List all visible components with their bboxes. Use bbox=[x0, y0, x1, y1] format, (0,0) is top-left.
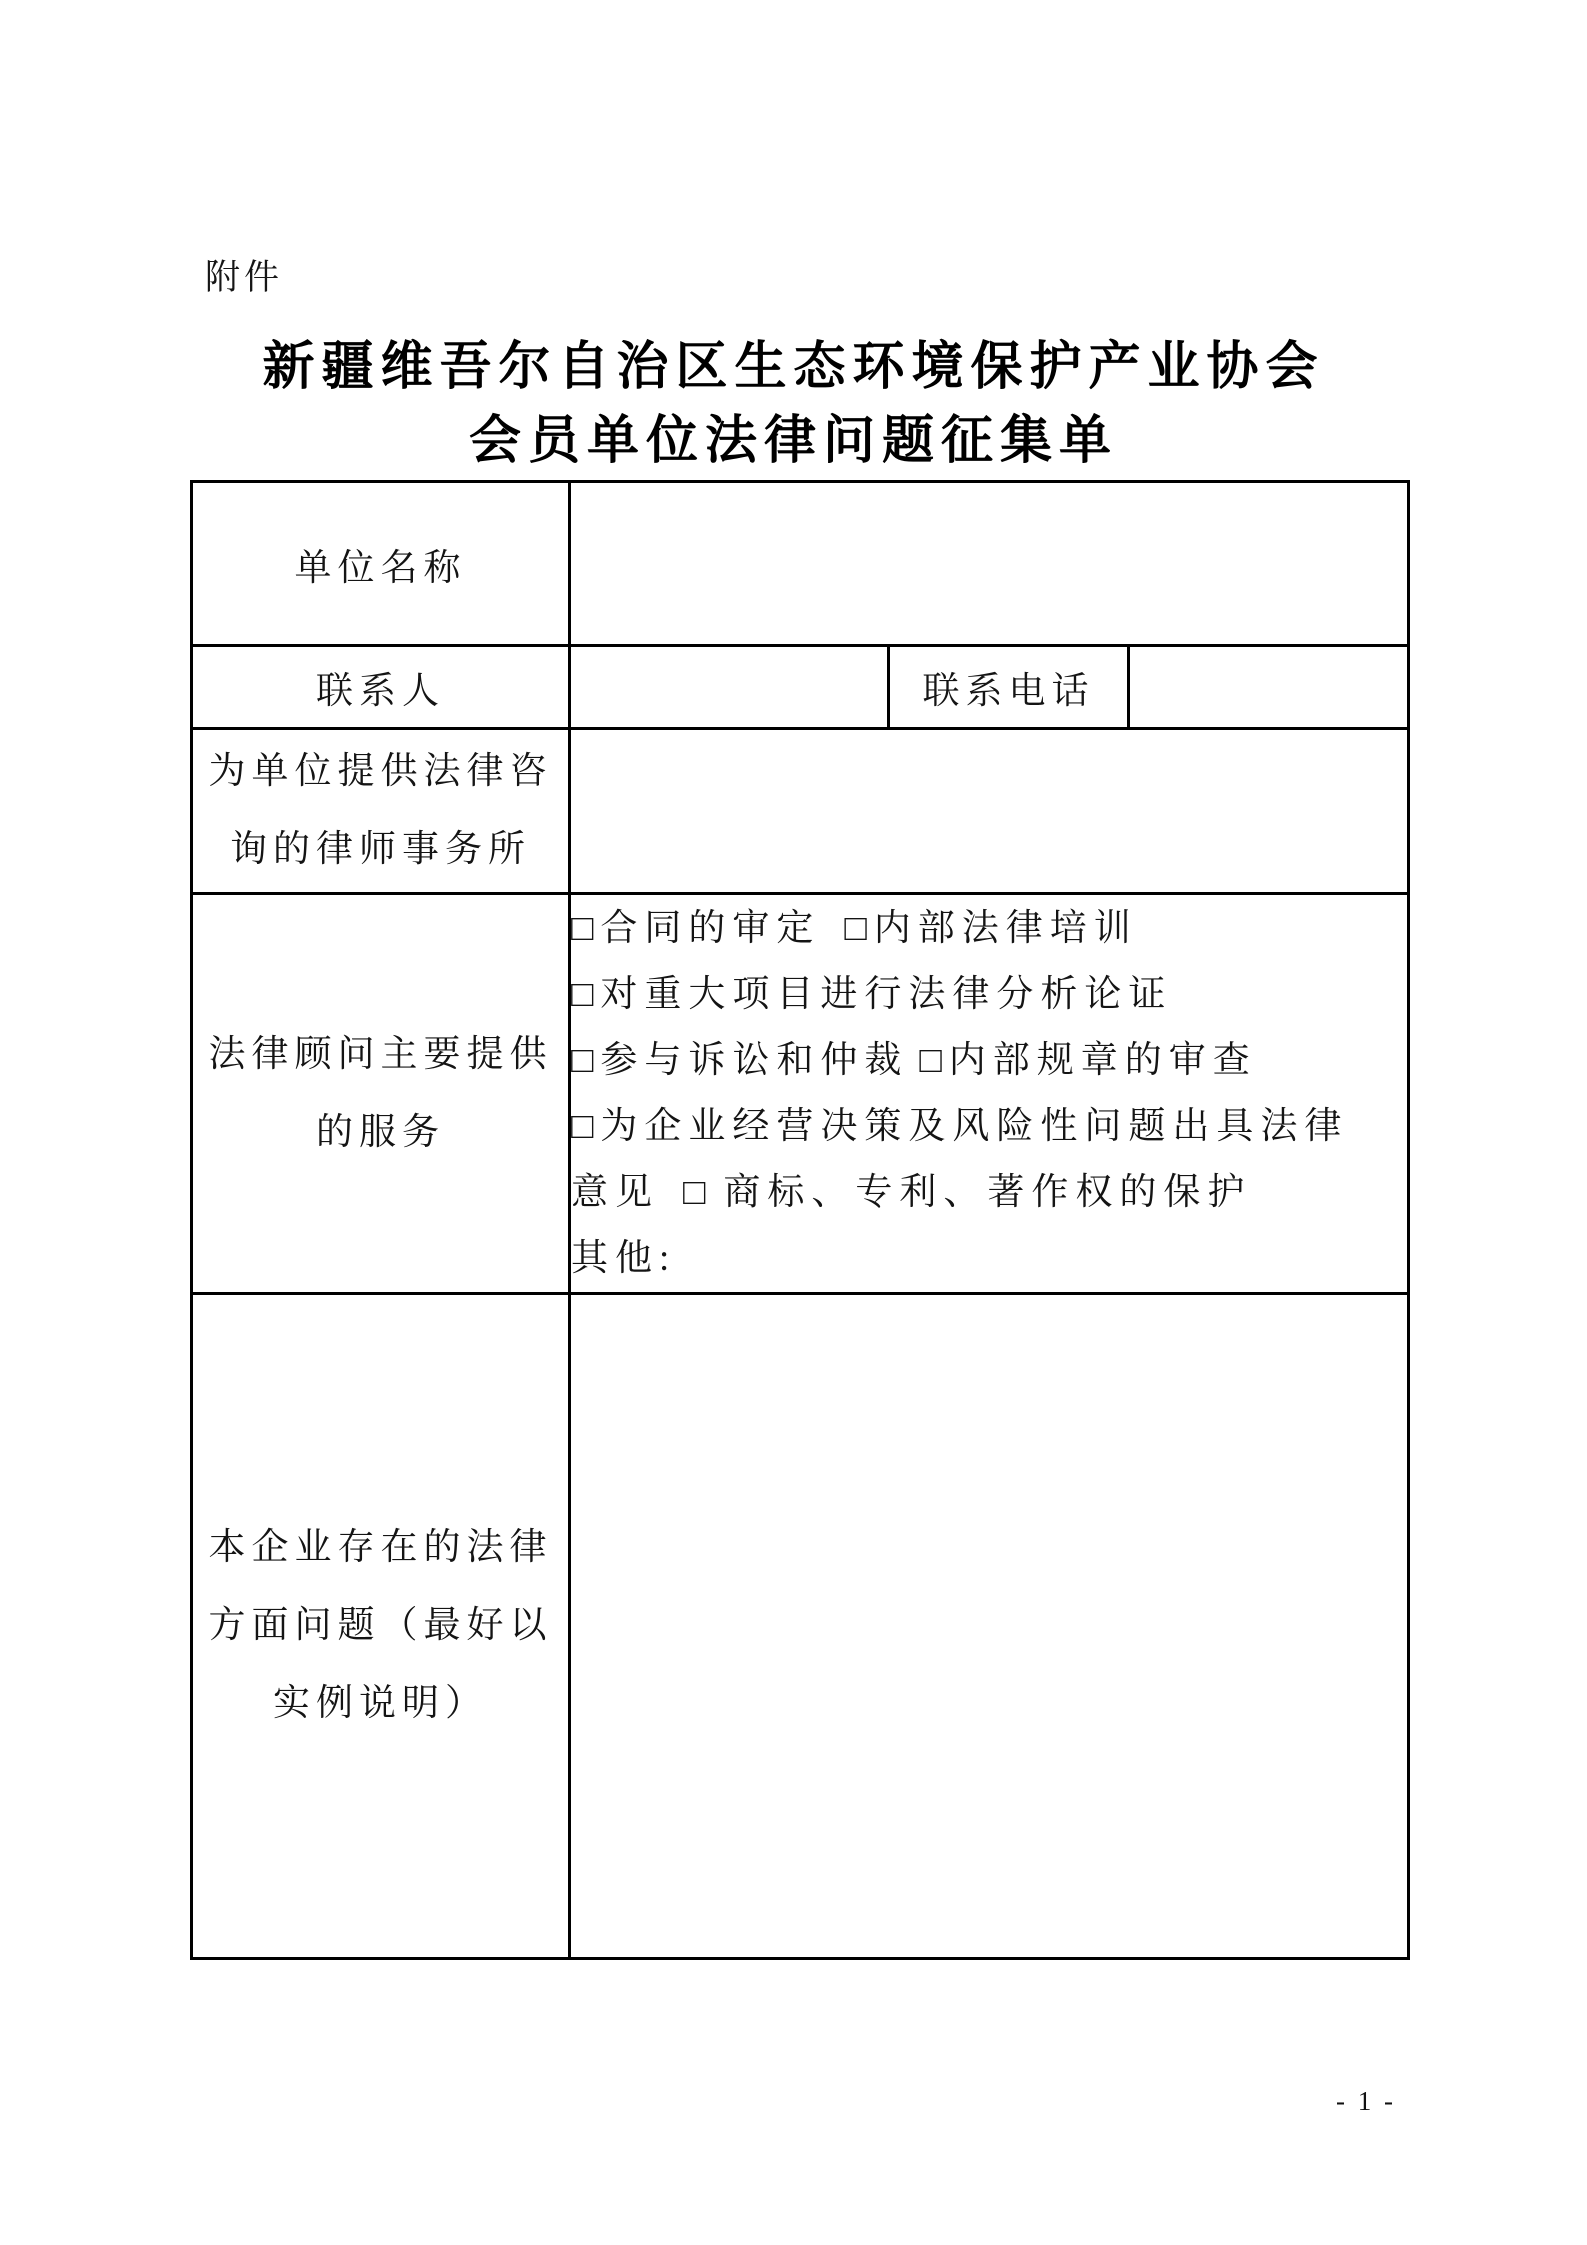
option-other-label: 其他: bbox=[571, 1238, 676, 1279]
document-title-line-1: 新疆维吾尔自治区生态环境保护产业协会 bbox=[0, 331, 1587, 405]
document-page: 附件 新疆维吾尔自治区生态环境保护产业协会 会员单位法律问题征集单 单位名称 联… bbox=[0, 0, 1587, 2245]
checkbox-icon: □ bbox=[919, 1028, 948, 1094]
checkbox-icon: □ bbox=[571, 1028, 600, 1094]
services-label-line-2: 的服务 bbox=[193, 1094, 568, 1172]
issues-label-line-2: 方面问题（最好以 bbox=[193, 1587, 568, 1665]
service-option-line-4: □为企业经营决策及风险性问题出具法律 bbox=[571, 1094, 1407, 1160]
checkbox-icon: □ bbox=[571, 962, 600, 1028]
phone-blank-cell bbox=[1129, 646, 1409, 729]
option-ip-protection-label: 商标、专利、著作权的保护 bbox=[723, 1172, 1251, 1213]
contact-blank-cell bbox=[570, 646, 889, 729]
services-label-line-1: 法律顾问主要提供 bbox=[193, 1016, 568, 1094]
issues-label-line-1: 本企业存在的法律 bbox=[193, 1509, 568, 1587]
option-risk-opinion-label-part1: 为企业经营决策及风险性问题出具法律 bbox=[600, 1106, 1348, 1147]
checkbox-icon: □ bbox=[683, 1160, 712, 1226]
row-contact: 联系人 联系电话 bbox=[192, 646, 1409, 729]
form-table: 单位名称 联系人 联系电话 为单位提供法律咨 询的律师事务所 法律顾问主要提供 … bbox=[190, 480, 1410, 1960]
law-firm-label-line-1: 为单位提供法律咨 bbox=[193, 733, 568, 811]
services-label: 法律顾问主要提供 的服务 bbox=[192, 894, 570, 1294]
option-internal-rules-label: 内部规章的审查 bbox=[949, 1040, 1257, 1081]
unit-name-blank-cell bbox=[570, 482, 1409, 646]
law-firm-label-line-2: 询的律师事务所 bbox=[193, 811, 568, 889]
option-major-project-label: 对重大项目进行法律分析论证 bbox=[600, 974, 1172, 1015]
phone-label: 联系电话 bbox=[889, 646, 1129, 729]
option-contract-review-label: 合同的审定 bbox=[600, 908, 820, 949]
issues-blank-cell bbox=[570, 1294, 1409, 1959]
services-options-cell: □合同的审定□内部法律培训 □对重大项目进行法律分析论证 □参与诉讼和仲裁□内部… bbox=[570, 894, 1409, 1294]
document-title-line-2: 会员单位法律问题征集单 bbox=[0, 405, 1587, 479]
checkbox-icon: □ bbox=[571, 896, 600, 962]
law-firm-label: 为单位提供法律咨 询的律师事务所 bbox=[192, 729, 570, 894]
row-unit-name: 单位名称 bbox=[192, 482, 1409, 646]
checkbox-icon: □ bbox=[571, 1094, 600, 1160]
attachment-label: 附件 bbox=[205, 250, 283, 300]
service-option-line-1: □合同的审定□内部法律培训 bbox=[571, 896, 1407, 962]
row-issues: 本企业存在的法律 方面问题（最好以 实例说明） bbox=[192, 1294, 1409, 1959]
service-option-line-3: □参与诉讼和仲裁□内部规章的审查 bbox=[571, 1028, 1407, 1094]
row-law-firm: 为单位提供法律咨 询的律师事务所 bbox=[192, 729, 1409, 894]
unit-name-label: 单位名称 bbox=[192, 482, 570, 646]
option-risk-opinion-label-part2: 意见 bbox=[571, 1172, 659, 1213]
issues-label-line-3: 实例说明） bbox=[193, 1665, 568, 1743]
row-services: 法律顾问主要提供 的服务 □合同的审定□内部法律培训 □对重大项目进行法律分析论… bbox=[192, 894, 1409, 1294]
service-option-line-2: □对重大项目进行法律分析论证 bbox=[571, 962, 1407, 1028]
issues-label: 本企业存在的法律 方面问题（最好以 实例说明） bbox=[192, 1294, 570, 1959]
document-title: 新疆维吾尔自治区生态环境保护产业协会 会员单位法律问题征集单 bbox=[0, 331, 1587, 479]
option-internal-training-label: 内部法律培训 bbox=[874, 908, 1138, 949]
law-firm-blank-cell bbox=[570, 729, 1409, 894]
contact-label: 联系人 bbox=[192, 646, 570, 729]
service-option-line-other: 其他: bbox=[571, 1226, 1407, 1292]
page-number: - 1 - bbox=[1336, 2086, 1396, 2117]
option-litigation-label: 参与诉讼和仲裁 bbox=[600, 1040, 908, 1081]
checkbox-icon: □ bbox=[844, 896, 873, 962]
service-option-line-5: 意见□商标、专利、著作权的保护 bbox=[571, 1160, 1407, 1226]
